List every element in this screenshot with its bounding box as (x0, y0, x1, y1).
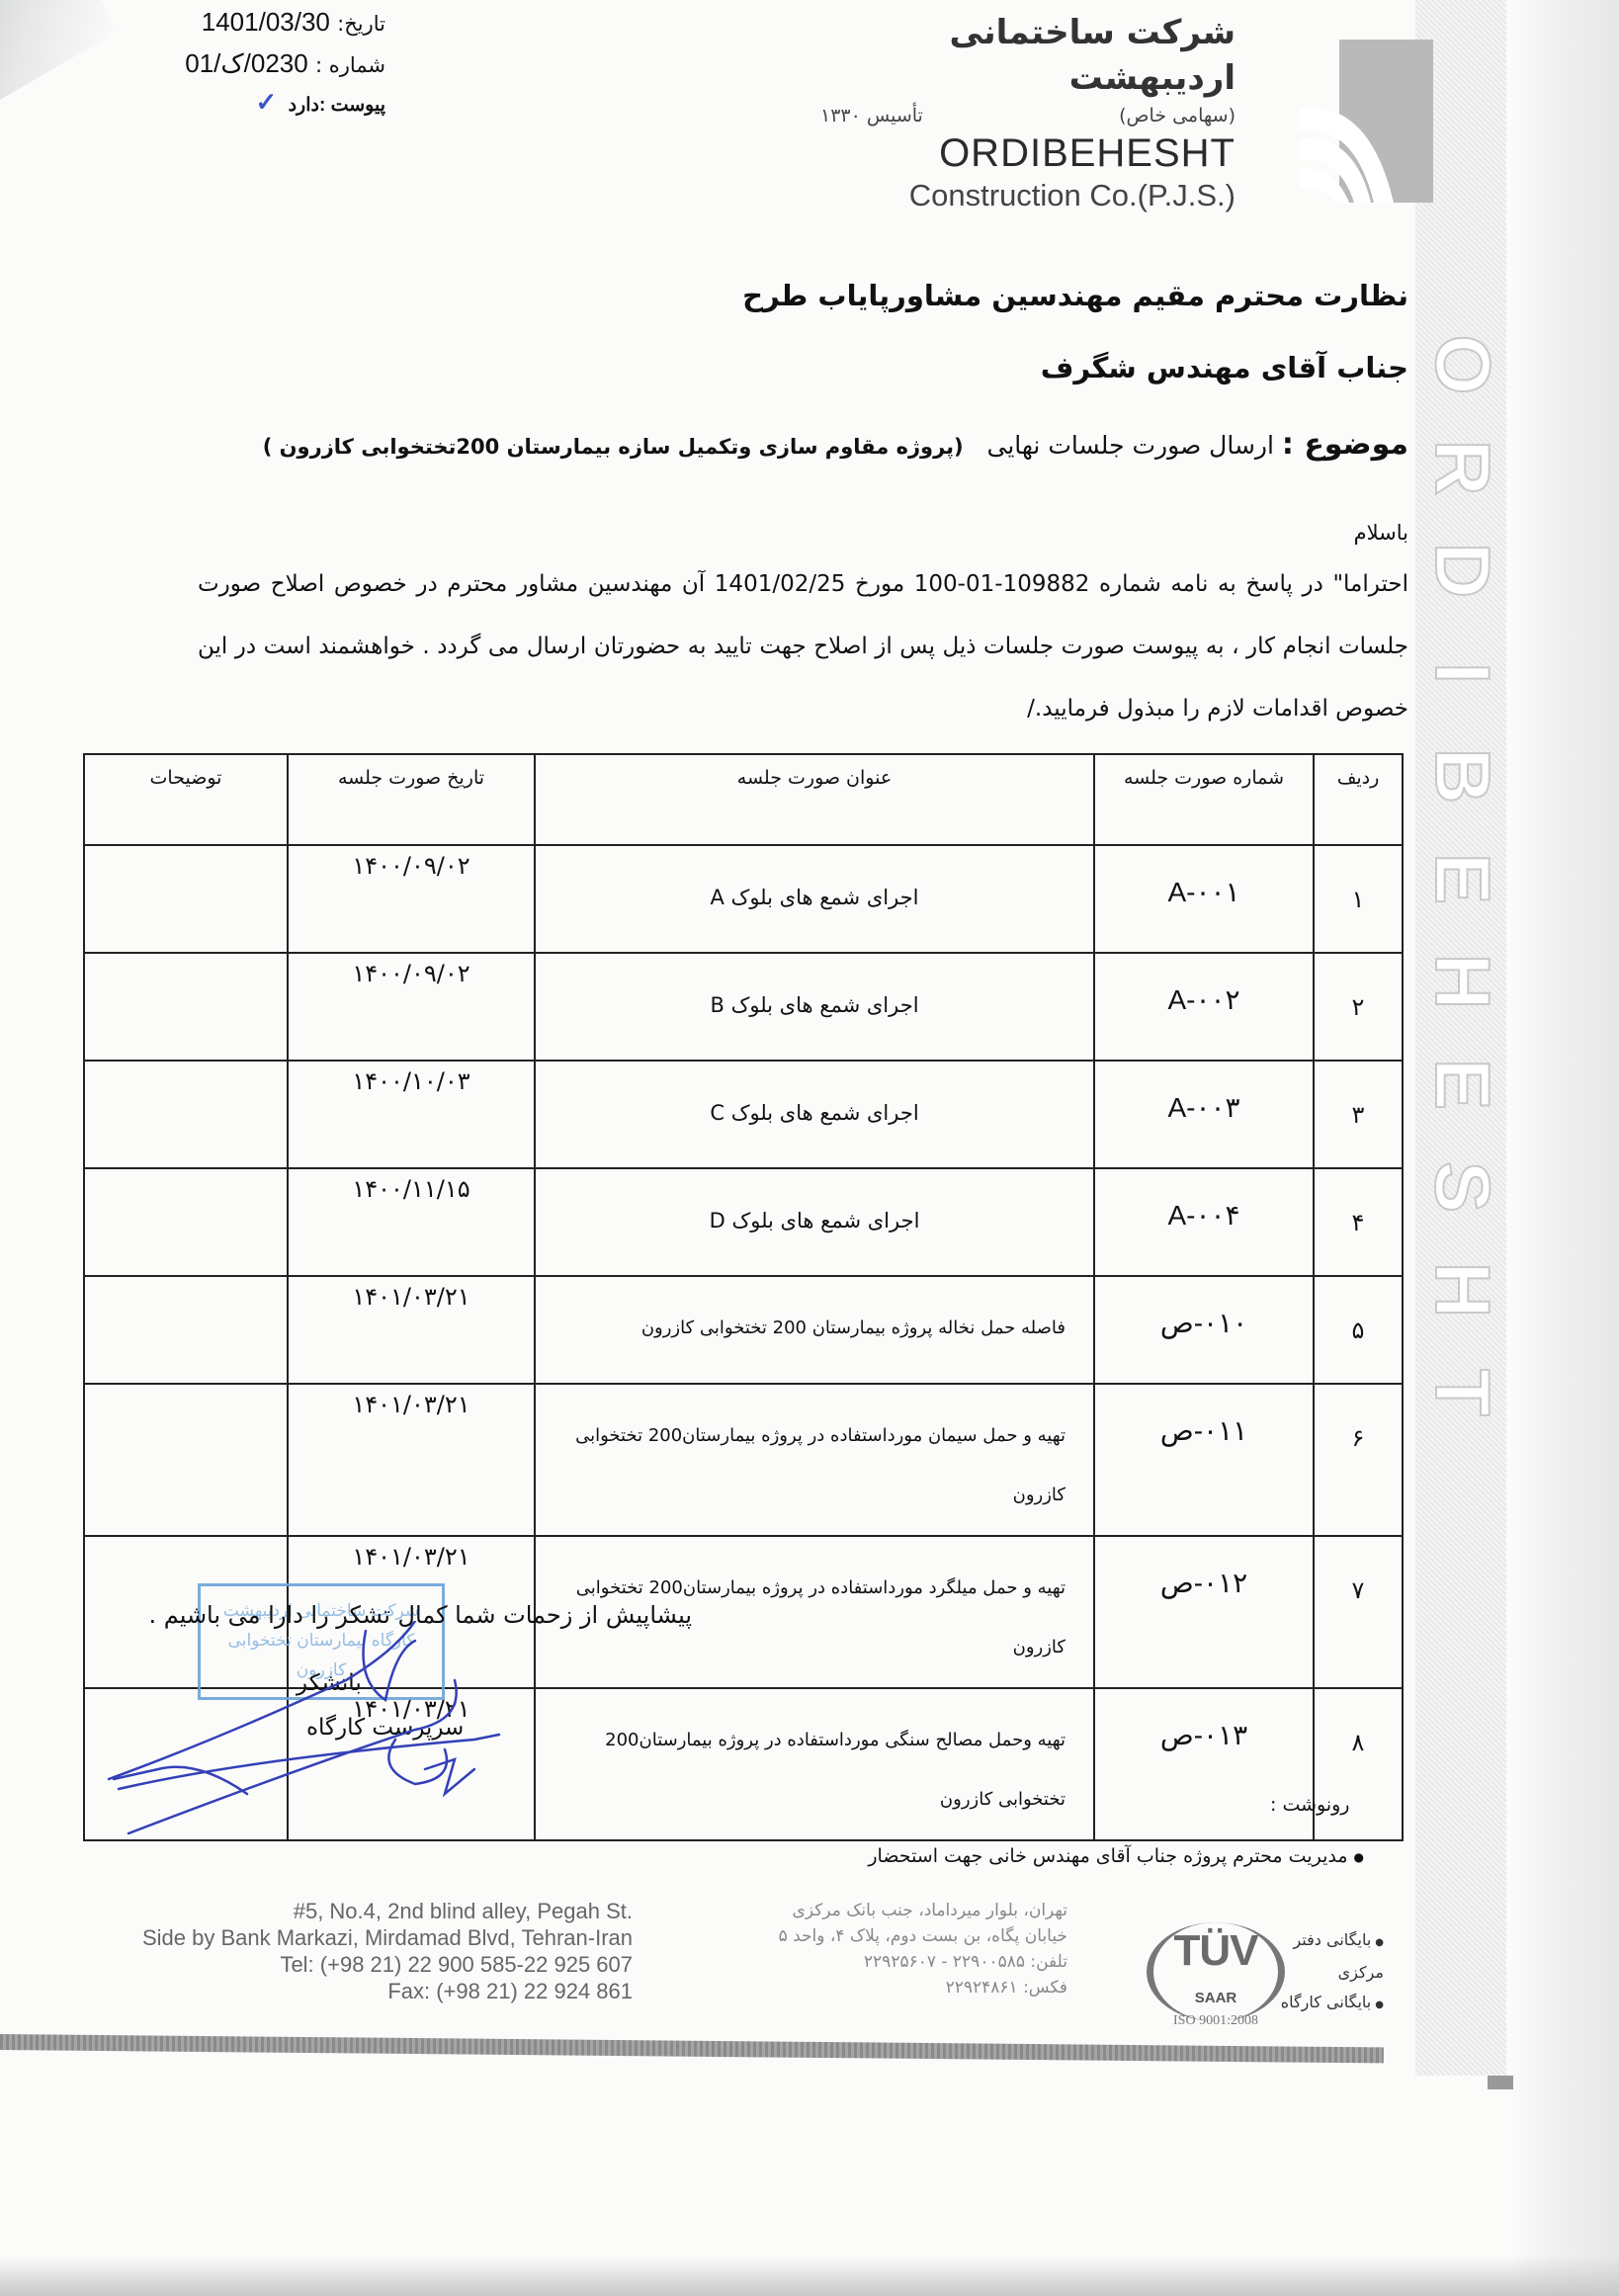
cc-item: مدیریت محترم پروژه جناب آقای مهندس خانی … (692, 1838, 1364, 1875)
cell-title: فاصله حمل نخاله پروژه بیمارستان 200 تختخ… (535, 1276, 1094, 1384)
cell-number: A-۰۰۳ (1094, 1061, 1314, 1168)
cell-date: ۱۴۰۰/۱۱/۱۵ (288, 1168, 535, 1276)
address-en-line-1: #5, No.4, 2nd blind alley, Pegah St. (40, 1898, 633, 1924)
greeting: باسلام (198, 521, 1408, 545)
header-notes: توضیحات (84, 754, 288, 845)
cell-row: ۵ (1314, 1276, 1403, 1384)
cell-row: ۱ (1314, 845, 1403, 953)
watermark-text: ORDIBEHESHT (1423, 326, 1502, 1431)
company-sub-fa: (سهامی خاص) تأسیس ۱۳۳۰ (791, 101, 1236, 130)
cell-row: ۲ (1314, 953, 1403, 1061)
cell-title: تهیه وحمل مصالح سنگی مورداستفاده در پروژ… (535, 1688, 1094, 1840)
attachment-row: پیوست :دارد ✓ (148, 85, 385, 123)
address-fa-line-2: خیابان پگاه، بن بست دوم، پلاک ۴، واحد ۵ (652, 1923, 1067, 1949)
company-name-fa: شرکت ساختمانی اردیبهشت (791, 10, 1236, 101)
cell-number: ۰۱۲-ص (1094, 1536, 1314, 1688)
fax-fa: فکس: ۲۲۹۲۴۸۶۱ (652, 1975, 1067, 2000)
table-row: ۲ A-۰۰۲ اجرای شمع های بلوک B ۱۴۰۰/۰۹/۰۲ (84, 953, 1403, 1061)
table-row: ۶ ۰۱۱-ص تهیه و حمل سیمان مورداستفاده در … (84, 1384, 1403, 1536)
company-founded: تأسیس ۱۳۳۰ (820, 101, 923, 130)
date-row: تاریخ: 1401/03/30 (148, 2, 385, 43)
header-session-title: عنوان صورت جلسه (535, 754, 1094, 845)
table-row: ۵ ۰۱۰-ص فاصله حمل نخاله پروژه بیمارستان … (84, 1276, 1403, 1384)
cert-word: TÜV (1127, 1926, 1305, 1976)
cell-date: ۱۴۰۱/۰۳/۲۱ (288, 1276, 535, 1384)
cell-number: ۰۱۰-ص (1094, 1276, 1314, 1384)
subject-text: ارسال صورت جلسات نهایی (987, 431, 1274, 460)
cell-number: A-۰۰۱ (1094, 845, 1314, 953)
cc-list: مدیریت محترم پروژه جناب آقای مهندس خانی … (692, 1838, 1364, 1875)
cell-notes (84, 845, 288, 953)
subject-project: (پروژه مقاوم سازی وتکمیل سازه بیمارستان … (263, 435, 964, 459)
cell-row: ۴ (1314, 1168, 1403, 1276)
addressee-line-1: نظارت محترم مقیم مهندسین مشاورپایاب طرح (198, 279, 1408, 312)
page-edge (1510, 0, 1619, 2296)
letter-body: احتراما" در پاسخ به نامه شماره 109882-01… (198, 553, 1408, 740)
cell-row: ۳ (1314, 1061, 1403, 1168)
cell-notes (84, 1061, 288, 1168)
check-icon: ✓ (256, 87, 278, 117)
header-row-number: ردیف (1314, 754, 1403, 845)
cell-notes (84, 1168, 288, 1276)
subject-label: موضوع : (1282, 427, 1408, 462)
cell-title: اجرای شمع های بلوک B (535, 953, 1094, 1061)
cell-date: ۱۴۰۱/۰۳/۲۱ (288, 1384, 535, 1536)
address-en-line-2: Side by Bank Markazi, Mirdamad Blvd, Teh… (40, 1924, 633, 1951)
scan-shadow-bottom (0, 2256, 1619, 2296)
signature-icon (99, 1621, 593, 1898)
cell-title: اجرای شمع های بلوک A (535, 845, 1094, 953)
number-row: شماره : 0230/ک/01 (148, 43, 385, 85)
letter-meta: تاریخ: 1401/03/30 شماره : 0230/ک/01 پیوس… (148, 2, 385, 123)
footer-divider-end (1488, 2076, 1513, 2089)
table-row: ۴ A-۰۰۴ اجرای شمع های بلوک D ۱۴۰۰/۱۱/۱۵ (84, 1168, 1403, 1276)
cert-org: SAAR (1127, 1990, 1305, 2006)
cell-title: اجرای شمع های بلوک D (535, 1168, 1094, 1276)
cell-date: ۱۴۰۰/۰۹/۰۲ (288, 845, 535, 953)
cell-notes (84, 1384, 288, 1536)
addressee-line-2: جناب آقای مهندس شگرف (198, 351, 1408, 384)
company-name-en: ORDIBEHESHT (791, 130, 1236, 176)
cell-row: ۷ (1314, 1536, 1403, 1688)
number-value: 0230/ک/01 (185, 48, 307, 78)
cell-notes (84, 1276, 288, 1384)
table-row: ۳ A-۰۰۳ اجرای شمع های بلوک C ۱۴۰۰/۱۰/۰۳ (84, 1061, 1403, 1168)
header-session-date: تاریخ صورت جلسه (288, 754, 535, 845)
footer-address-en: #5, No.4, 2nd blind alley, Pegah St. Sid… (40, 1898, 633, 2004)
address-fa-line-1: تهران، بلوار میرداماد، جنب بانک مرکزی (652, 1898, 1067, 1923)
company-subtitle-en: Construction Co.(P.J.S.) (791, 176, 1236, 215)
cell-number: A-۰۰۲ (1094, 953, 1314, 1061)
table-row: ۱ A-۰۰۱ اجرای شمع های بلوک A ۱۴۰۰/۰۹/۰۲ (84, 845, 1403, 953)
attachment-label: پیوست :دارد (289, 95, 385, 116)
company-type: (سهامی خاص) (1119, 101, 1236, 130)
number-label: شماره : (315, 53, 385, 77)
cell-row: ۸ (1314, 1688, 1403, 1840)
company-logo-icon (1300, 40, 1438, 208)
cell-date: ۱۴۰۰/۰۹/۰۲ (288, 953, 535, 1061)
tel-fa: تلفن: ۲۲۹۰۰۵۸۵ - ۲۲۹۲۵۶۰۷ (652, 1949, 1067, 1975)
cell-number: ۰۱۱-ص (1094, 1384, 1314, 1536)
fax-en: Fax: (+98 21) 22 924 861 (40, 1978, 633, 2004)
company-header: شرکت ساختمانی اردیبهشت (سهامی خاص) تأسیس… (791, 10, 1236, 215)
footer-address-fa: تهران، بلوار میرداماد، جنب بانک مرکزی خی… (652, 1898, 1067, 2000)
header-session-number: شماره صورت جلسه (1094, 754, 1314, 845)
cell-title: تهیه و حمل سیمان مورداستفاده در پروژه بی… (535, 1384, 1094, 1536)
cc-label: رونوشت : (1270, 1794, 1349, 1816)
cert-standard: ISO 9001:2008 (1127, 2013, 1305, 2029)
cell-row: ۶ (1314, 1384, 1403, 1536)
tuv-certification-icon: TÜV SAAR ISO 9001:2008 (1127, 1922, 1305, 2041)
cell-title: اجرای شمع های بلوک C (535, 1061, 1094, 1168)
scan-shadow (0, 0, 118, 111)
subject-line: موضوع : ارسال صورت جلسات نهایی (پروژه مق… (198, 427, 1408, 462)
table-header-row: ردیف شماره صورت جلسه عنوان صورت جلسه تار… (84, 754, 1403, 845)
cell-number: ۰۱۳-ص (1094, 1688, 1314, 1840)
cell-notes (84, 953, 288, 1061)
cell-date: ۱۴۰۰/۱۰/۰۳ (288, 1061, 535, 1168)
tel-en: Tel: (+98 21) 22 900 585-22 925 607 (40, 1951, 633, 1978)
date-label: تاریخ: (337, 12, 385, 36)
date-value: 1401/03/30 (202, 7, 330, 37)
cell-number: A-۰۰۴ (1094, 1168, 1314, 1276)
